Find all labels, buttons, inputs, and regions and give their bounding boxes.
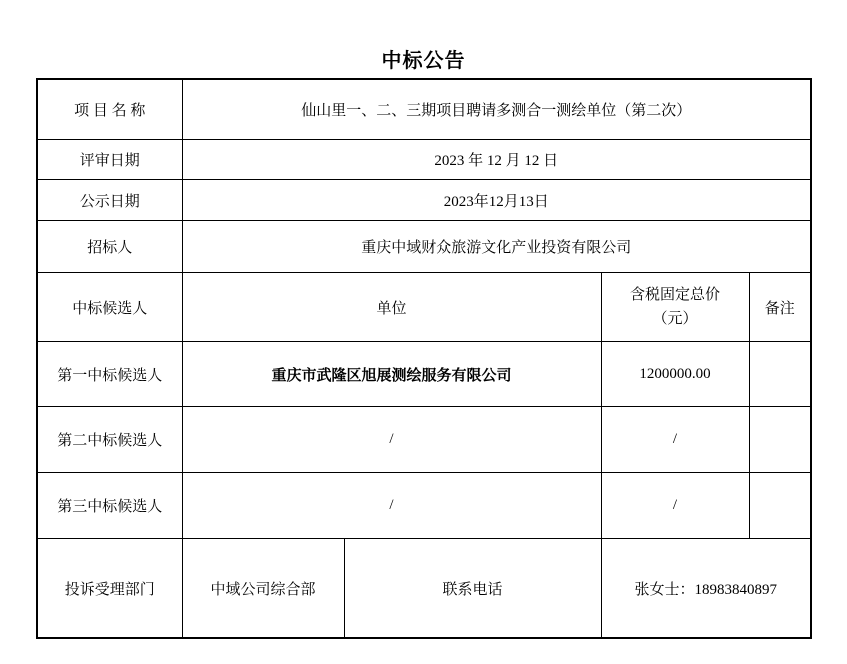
project-name-label: 项 目 名 称 xyxy=(37,79,182,140)
complaint-phone-value: 张女士：18983840897 xyxy=(601,539,811,639)
publicity-date-label: 公示日期 xyxy=(37,180,182,221)
candidates-header-unit: 单位 xyxy=(182,273,601,342)
complaint-department: 中域公司综合部 xyxy=(182,539,344,639)
tenderee-label: 招标人 xyxy=(37,221,182,273)
candidate-2-note xyxy=(749,407,811,473)
row-complaint: 投诉受理部门 中域公司综合部 联系电话 张女士：18983840897 xyxy=(37,539,811,639)
tenderee-value: 重庆中域财众旅游文化产业投资有限公司 xyxy=(182,221,811,273)
row-publicity-date: 公示日期 2023年12月13日 xyxy=(37,180,811,221)
candidate-1-unit: 重庆市武隆区旭展测绘服务有限公司 xyxy=(182,342,601,407)
price-header-line2: （元） xyxy=(606,307,745,331)
document-page: 中标公告 项 目 名 称 仙山里一、二、三期项目聘请多测合一测绘单位（第二次） … xyxy=(0,0,847,664)
candidates-header-note: 备注 xyxy=(749,273,811,342)
project-name-value: 仙山里一、二、三期项目聘请多测合一测绘单位（第二次） xyxy=(182,79,811,140)
review-date-label: 评审日期 xyxy=(37,140,182,180)
candidate-3-rank: 第三中标候选人 xyxy=(37,473,182,539)
candidate-1-rank: 第一中标候选人 xyxy=(37,342,182,407)
row-candidates-header: 中标候选人 单位 含税固定总价 （元） 备注 xyxy=(37,273,811,342)
complaint-phone-label: 联系电话 xyxy=(344,539,601,639)
candidates-header-candidate: 中标候选人 xyxy=(37,273,182,342)
row-review-date: 评审日期 2023 年 12 月 12 日 xyxy=(37,140,811,180)
publicity-date-value: 2023年12月13日 xyxy=(182,180,811,221)
complaint-label: 投诉受理部门 xyxy=(37,539,182,639)
row-candidate-1: 第一中标候选人 重庆市武隆区旭展测绘服务有限公司 1200000.00 xyxy=(37,342,811,407)
candidate-1-price: 1200000.00 xyxy=(601,342,749,407)
review-date-value: 2023 年 12 月 12 日 xyxy=(182,140,811,180)
row-candidate-3: 第三中标候选人 / / xyxy=(37,473,811,539)
candidates-header-price: 含税固定总价 （元） xyxy=(601,273,749,342)
candidate-2-unit: / xyxy=(182,407,601,473)
row-project-name: 项 目 名 称 仙山里一、二、三期项目聘请多测合一测绘单位（第二次） xyxy=(37,79,811,140)
price-header-line1: 含税固定总价 xyxy=(606,283,745,307)
candidate-3-unit: / xyxy=(182,473,601,539)
candidate-2-price: / xyxy=(601,407,749,473)
document-title: 中标公告 xyxy=(0,44,847,73)
candidate-3-price: / xyxy=(601,473,749,539)
announcement-table: 项 目 名 称 仙山里一、二、三期项目聘请多测合一测绘单位（第二次） 评审日期 … xyxy=(36,78,812,639)
candidate-3-note xyxy=(749,473,811,539)
row-candidate-2: 第二中标候选人 / / xyxy=(37,407,811,473)
candidate-1-note xyxy=(749,342,811,407)
candidate-2-rank: 第二中标候选人 xyxy=(37,407,182,473)
row-tenderee: 招标人 重庆中域财众旅游文化产业投资有限公司 xyxy=(37,221,811,273)
